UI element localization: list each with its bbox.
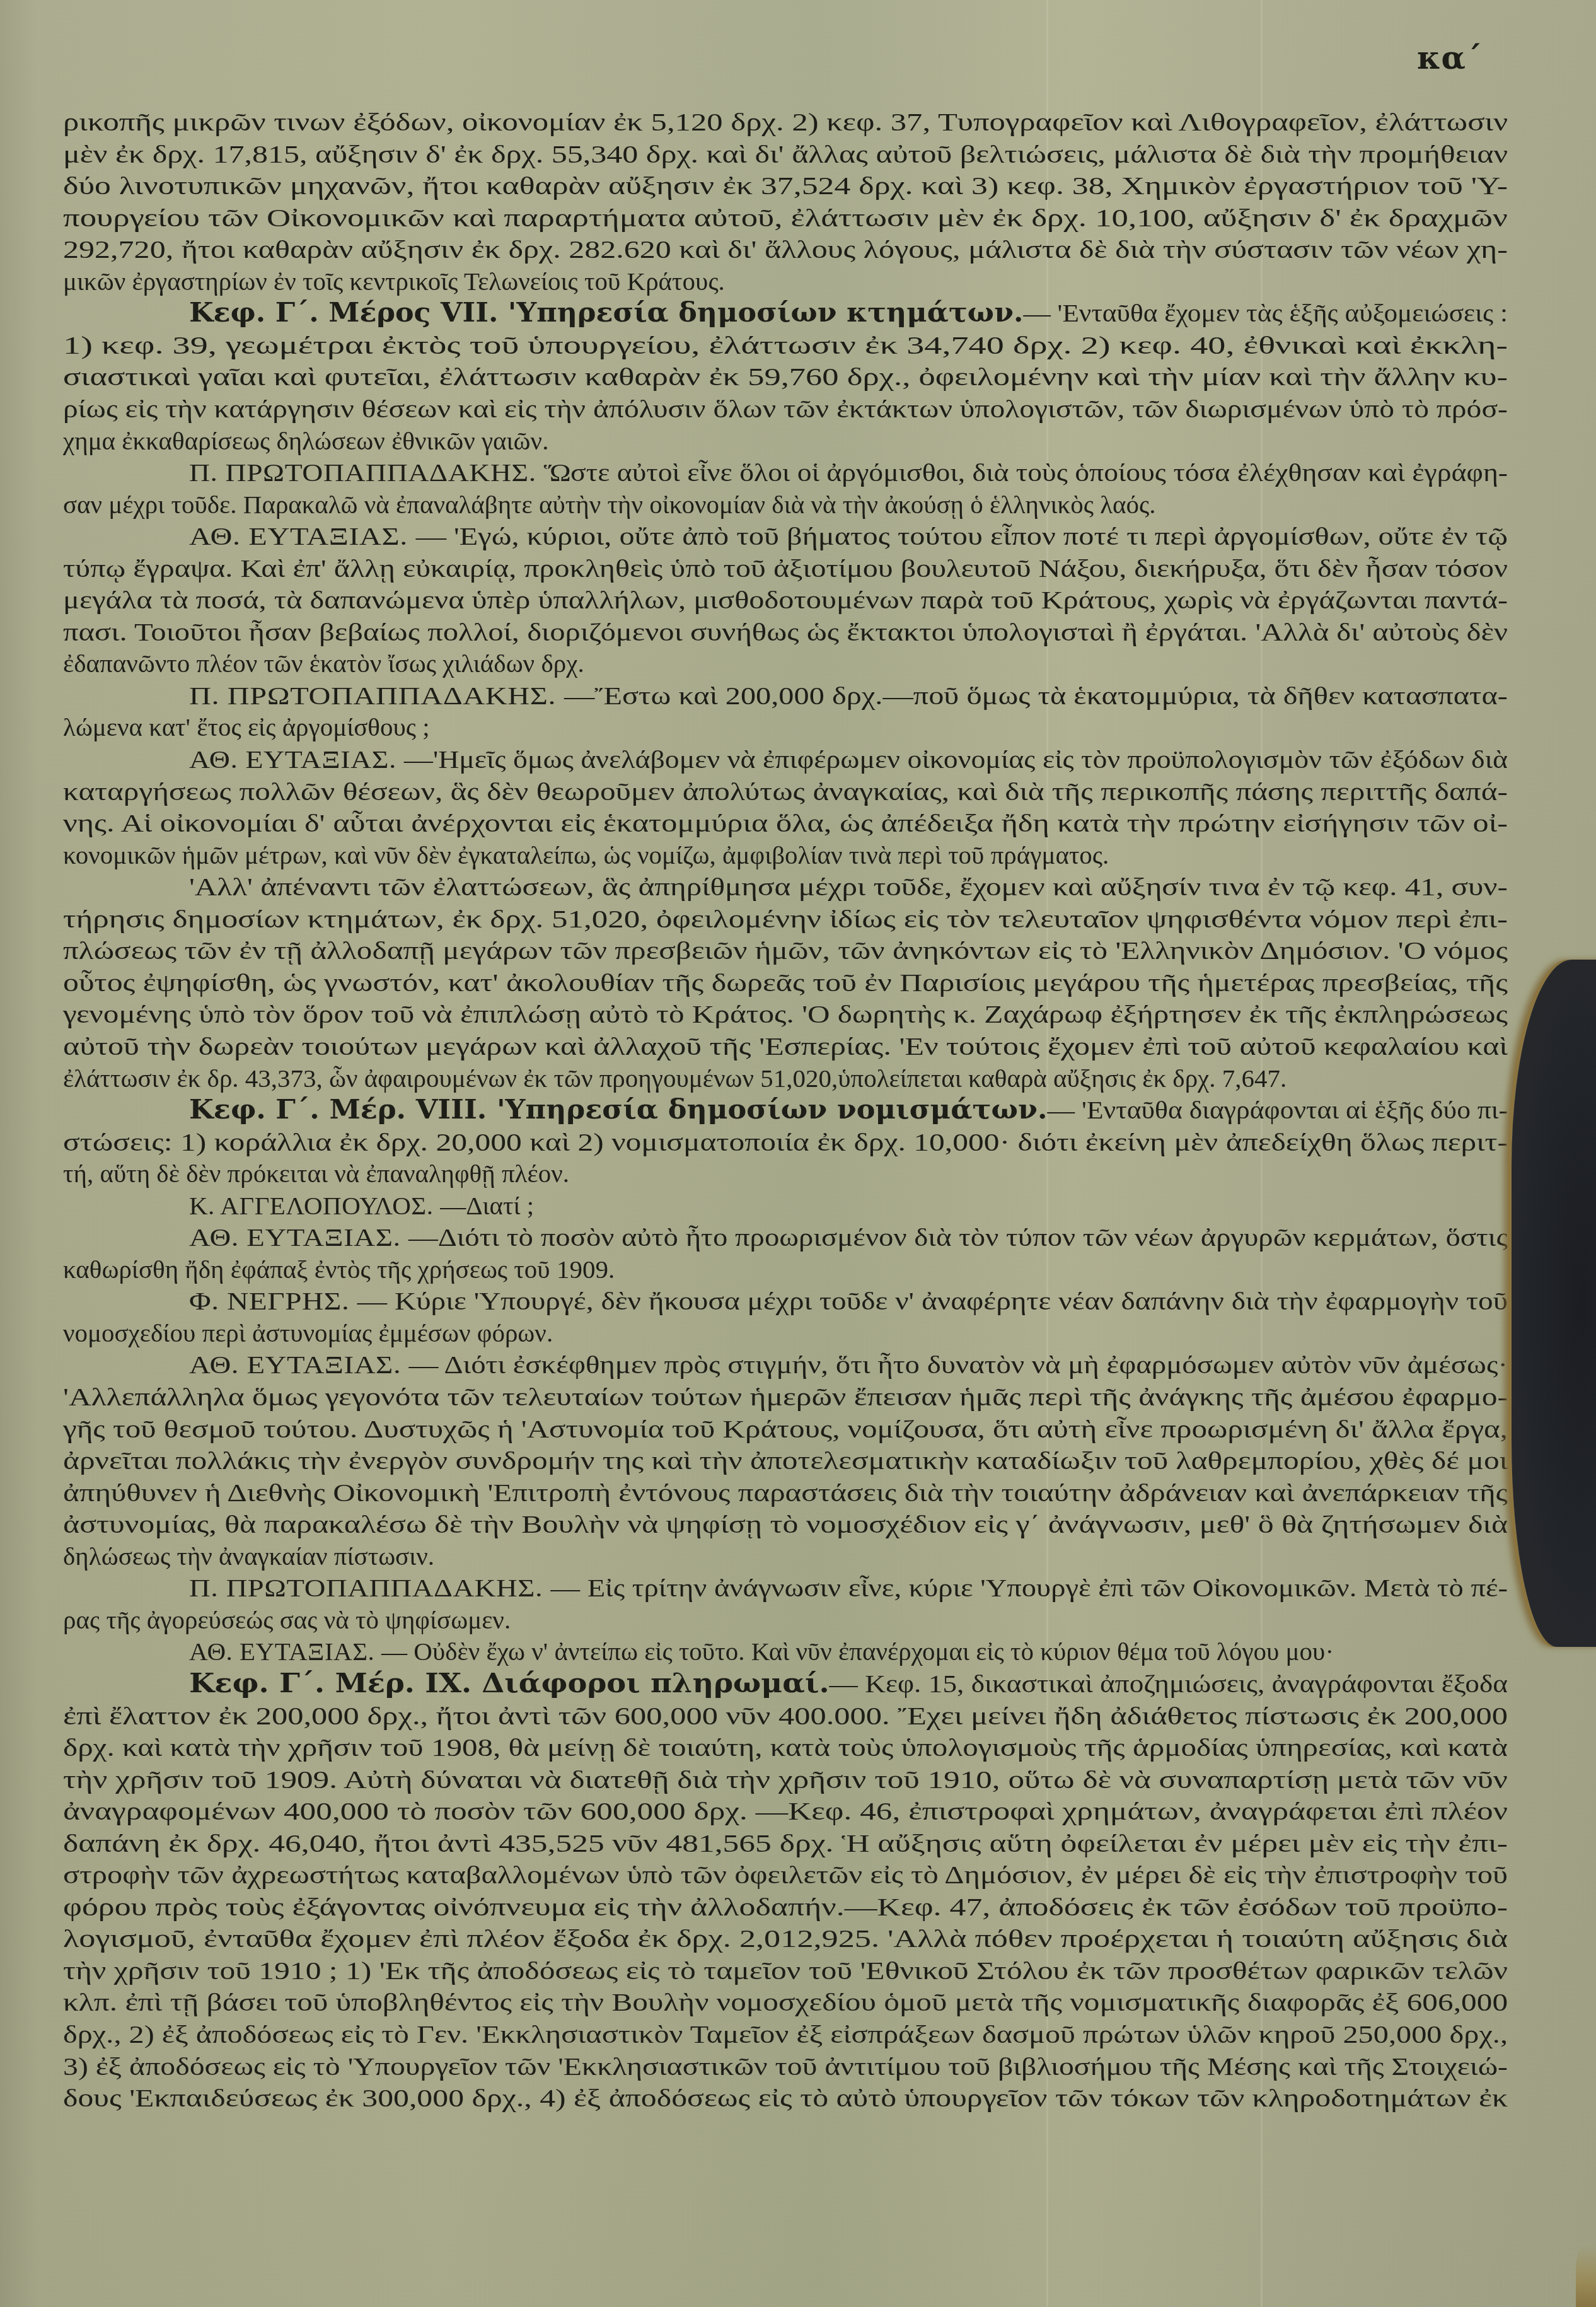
line-text: κονομικῶν ἡμῶν μέτρων, καὶ νῦν δὲν ἐγκατ… (63, 840, 1109, 869)
speaker-name: Π. ΠΡΩΤΟΠΑΠΠΑΔΑΚΗΣ. (189, 458, 544, 487)
line-text: δηλώσεως τὴν ἀναγκαίαν πίστωσιν. (63, 1542, 434, 1571)
speaker-line: ΑΘ. ΕΥΤΑΞΙΑΣ. —'Ημεῖς ὅμως ἀνελάβομεν νὰ… (189, 743, 1508, 775)
line-text: —Ἔστω καὶ 200,000 δρχ.—ποῦ ὅμως τὰ ἑκατο… (564, 681, 1508, 710)
line-text: δαπάνη ἐκ δρχ. 46,040, ἤτοι ἀντὶ 435,525… (63, 1828, 1508, 1857)
text-line: νης. Αἱ οἰκονομίαι δ' αὗται ἀνέρχονται ε… (63, 807, 1508, 839)
speaker-line: ΑΘ. ΕΥΤΑΞΙΑΣ. — Οὐδὲν ἔχω ν' ἀντείπω εἰς… (189, 1636, 1334, 1667)
line-text: στροφὴν τῶν ἀχρεωστήτως καταβαλλομένων ὑ… (63, 1860, 1508, 1889)
line-text: σιαστικαὶ γαῖαι καὶ φυτεῖαι, ἐλάττωσιν κ… (63, 362, 1508, 391)
line-text: τή, αὕτη δὲ δὲν πρόκειται νὰ ἐπαναληφθῇ … (63, 1159, 569, 1188)
speaker-line: Φ. ΝΕΓΡΗΣ. — Κύριε 'Υπουργέ, δὲν ἤκουσα … (189, 1285, 1508, 1316)
line-text: χημα ἐκκαθαρίσεως δηλώσεων ἐθνικῶν γαιῶν… (63, 426, 548, 455)
line-text: νης. Αἱ οἰκονομίαι δ' αὗται ἀνέρχονται ε… (63, 808, 1508, 837)
text-line: δύο λινοτυπικῶν μηχανῶν, ἤτοι καθαρὰν αὔ… (63, 170, 1508, 201)
speaker-name: ΑΘ. ΕΥΤΑΞΙΑΣ. (189, 1223, 408, 1252)
line-text: λογισμοῦ, ἐνταῦθα ἔχομεν ἐπὶ πλέον ἔξοδα… (63, 1924, 1508, 1953)
speaker-line: ΑΘ. ΕΥΤΑΞΙΑΣ. — 'Εγώ, κύριοι, οὔτε ἀπὸ τ… (189, 520, 1508, 552)
line-text: νομοσχεδίου περὶ ἀστυνομίας ἐμμέσων φόρω… (63, 1318, 553, 1347)
line-text: —'Ημεῖς ὅμως ἀνελάβομεν νὰ ἐπιφέρωμεν οἰ… (404, 745, 1508, 774)
line-text: ἀπηύθυνεν ἡ Διεθνὴς Οἰκονομικὴ 'Επιτροπὴ… (63, 1478, 1508, 1507)
line-text: δρχ., 2) ἐξ ἀποδόσεως εἰς τὸ Γεν. 'Εκκλη… (63, 2019, 1508, 2048)
text-line: δηλώσεως τὴν ἀναγκαίαν πίστωσιν. (63, 1540, 434, 1572)
line-text: καταργήσεως πολλῶν θέσεων, ἃς δὲν θεωροῦ… (63, 777, 1508, 806)
line-text: ἀναγραφομένων 400,000 τὸ ποσὸν τῶν 600,0… (63, 1796, 1508, 1825)
line-text: ἐδαπανῶντο πλέον τῶν ἑκατὸν ἴσως χιλιάδω… (63, 649, 584, 678)
line-text: 1) κεφ. 39, γεωμέτραι ἐκτὸς τοῦ ὑπουργεί… (63, 330, 1508, 359)
line-text: δους 'Εκπαιδεύσεως ἐκ 300,000 δρχ., 4) ἐ… (63, 2083, 1508, 2112)
text-line: τὴν χρῆσιν τοῦ 1910 ; 1) 'Εκ τῆς ἀποδόσε… (63, 1955, 1508, 1986)
text-line: ἐλάττωσιν ἐκ δρ. 43,373, ὧν ἀφαιρουμένων… (63, 1062, 1287, 1094)
line-text: — 'Εγώ, κύριοι, οὔτε ἀπὸ τοῦ βήματος τού… (416, 521, 1508, 550)
line-text: γῆς τοῦ θεσμοῦ τούτου. Δυστυχῶς ἡ 'Αστυν… (63, 1414, 1508, 1443)
line-text: πασι. Τοιοῦτοι ἦσαν βεβαίως πολλοί, διορ… (63, 617, 1508, 646)
text-line: τή, αὕτη δὲ δὲν πρόκειται νὰ ἐπαναληφθῇ … (63, 1158, 569, 1189)
text-line: 'Αλλ' ἀπέναντι τῶν ἐλαττώσεων, ἃς ἀπηρίθ… (189, 871, 1508, 902)
text-line: 292,720, ἤτοι καθαρὰν αὔξησιν ἐκ δρχ. 28… (63, 233, 1508, 265)
text-line: φόρου πρὸς τοὺς ἐξάγοντας οἰνόπνευμα εἰς… (63, 1891, 1508, 1922)
section-heading-line: Κεφ. Γ΄. Μέρος VII. 'Υπηρεσία δημοσίων κ… (189, 297, 1508, 328)
speaker-line: ΑΘ. ΕΥΤΑΞΙΑΣ. —Διότι τὸ ποσὸν αὐτὸ ἦτο π… (189, 1221, 1508, 1253)
text-line: 3) ἐξ ἀποδόσεως εἰς τὸ 'Υπουργεῖον τῶν '… (63, 2050, 1508, 2082)
text-line: κονομικῶν ἡμῶν μέτρων, καὶ νῦν δὲν ἐγκατ… (63, 839, 1109, 871)
text-line: κλπ. ἐπὶ τῇ βάσει τοῦ ὑποβληθέντος εἰς τ… (63, 1986, 1508, 2018)
line-text: Ὥστε αὐτοὶ εἶνε ὅλοι οἱ ἀργόμισθοι, διὰ … (544, 458, 1508, 487)
text-line: ρικοπῆς μικρῶν τινων ἐξόδων, οἰκονομίαν … (63, 106, 1508, 137)
line-text: ρας τῆς ἀγορεύσεώς σας νὰ τὸ ψηφίσωμεν. (63, 1605, 511, 1634)
text-line: ἀρνεῖται πολλάκις τὴν ἐνεργὸν συνδρομήν … (63, 1444, 1508, 1476)
line-text: σαν μέχρι τοῦδε. Παρακαλῶ νὰ ἐπαναλάβητε… (63, 490, 1156, 519)
line-text: φόρου πρὸς τοὺς ἐξάγοντας οἰνόπνευμα εἰς… (63, 1892, 1508, 1921)
text-line: πασι. Τοιοῦτοι ἦσαν βεβαίως πολλοί, διορ… (63, 616, 1508, 648)
speaker-line: ΑΘ. ΕΥΤΑΞΙΑΣ. — Διότι ἐσκέφθημεν πρὸς στ… (189, 1349, 1508, 1380)
speaker-name: ΑΘ. ΕΥΤΑΞΙΑΣ. (189, 745, 404, 774)
text-line: ἐπὶ ἔλαττον ἐκ 200,000 δρχ., ἤτοι ἀντὶ τ… (63, 1700, 1508, 1731)
line-text: μικῶν ἐργαστηρίων ἐν τοῖς κεντρικοῖς Τελ… (63, 267, 725, 296)
line-text: τὴν χρῆσιν τοῦ 1910 ; 1) 'Εκ τῆς ἀποδόσε… (63, 1956, 1508, 1985)
line-text: 'Αλλεπάλληλα ὅμως γεγονότα τῶν τελευταίω… (63, 1382, 1508, 1411)
section-heading-line: Κεφ. Γ΄. Μέρ. VIII. 'Υπηρεσία δημοσίων ν… (189, 1094, 1508, 1125)
text-line: πλώσεως τῶν ἐν τῇ ἀλλοδαπῇ μεγάρων τῶν π… (63, 934, 1508, 966)
text-line: μικῶν ἐργαστηρίων ἐν τοῖς κεντρικοῖς Τελ… (63, 265, 725, 297)
text-line: στροφὴν τῶν ἀχρεωστήτως καταβαλλομένων ὑ… (63, 1859, 1508, 1890)
line-text: — Κεφ. 15, δικαστικαὶ ἀποζημιώσεις, ἀναγ… (830, 1669, 1508, 1698)
text-line: τήρησις δημοσίων κτημάτων, ἐκ δρχ. 51,02… (63, 903, 1508, 934)
speaker-name: Φ. ΝΕΓΡΗΣ. (189, 1286, 357, 1315)
line-text: — 'Ενταῦθα ἔχομεν τὰς ἑξῆς αὐξομειώσεις … (1023, 298, 1508, 327)
line-text: καθωρίσθη ἤδη ἐφάπαξ ἐντὸς τῆς χρήσεως τ… (63, 1255, 615, 1284)
text-line: σιαστικαὶ γαῖαι καὶ φυτεῖαι, ἐλάττωσιν κ… (63, 361, 1508, 392)
line-text: ἐλάττωσιν ἐκ δρ. 43,373, ὧν ἀφαιρουμένων… (63, 1064, 1287, 1093)
line-text: οὗτος ἐψηφίσθη, ὡς γνωστόν, κατ' ἀκολουθ… (63, 968, 1508, 997)
speaker-name: Κ. ΑΓΓΕΛΟΠΟΥΛΟΣ. (189, 1191, 440, 1220)
speaker-name: Π. ΠΡΩΤΟΠΑΠΠΑΔΑΚΗΣ. (189, 1573, 550, 1602)
section-heading: Κεφ. Γ΄. Μέρ. IX. Διάφοροι πληρωμαί. (189, 1668, 830, 1699)
paper-stain (1576, 2245, 1596, 2307)
speaker-name: ΑΘ. ΕΥΤΑΞΙΑΣ. (189, 521, 416, 550)
line-text: — 'Ενταῦθα διαγράφονται αἱ ἑξῆς δύο πι- (1048, 1095, 1508, 1124)
line-text: —Διατί ; (440, 1191, 534, 1220)
line-text: ρίως εἰς τὴν κατάργησιν θέσεων καὶ εἰς τ… (63, 394, 1508, 423)
text-line: ἀστυνομίας, θὰ παρακαλέσω δὲ τὴν Βουλὴν … (63, 1508, 1508, 1540)
line-text: αὐτοῦ τὴν δωρεὰν τοιούτων μεγάρων καὶ ἀλ… (63, 1031, 1508, 1061)
speaker-line: Κ. ΑΓΓΕΛΟΠΟΥΛΟΣ. —Διατί ; (189, 1190, 534, 1221)
text-line: οὗτος ἐψηφίσθη, ὡς γνωστόν, κατ' ἀκολουθ… (63, 967, 1508, 998)
line-text: πλώσεως τῶν ἐν τῇ ἀλλοδαπῇ μεγάρων τῶν π… (63, 936, 1508, 965)
text-line: μεγάλα τὰ ποσά, τὰ δαπανώμενα ὑπὲρ ὑπαλλ… (63, 584, 1508, 615)
text-line: καθωρίσθη ἤδη ἐφάπαξ ἐντὸς τῆς χρήσεως τ… (63, 1253, 615, 1285)
text-line: 'Αλλεπάλληλα ὅμως γεγονότα τῶν τελευταίω… (63, 1381, 1508, 1412)
text-line: ἐδαπανῶντο πλέον τῶν ἑκατὸν ἴσως χιλιάδω… (63, 648, 584, 679)
line-text: κλπ. ἐπὶ τῇ βάσει τοῦ ὑποβληθέντος εἰς τ… (63, 1987, 1508, 2016)
speaker-line: Π. ΠΡΩΤΟΠΑΠΠΑΔΑΚΗΣ. — Εἰς τρίτην ἀνάγνωσ… (189, 1572, 1508, 1603)
speaker-line: Π. ΠΡΩΤΟΠΑΠΠΑΔΑΚΗΣ. —Ἔστω καὶ 200,000 δρ… (189, 680, 1508, 711)
line-text: ἀστυνομίας, θὰ παρακαλέσω δὲ τὴν Βουλὴν … (63, 1509, 1508, 1538)
text-line: δους 'Εκπαιδεύσεως ἐκ 300,000 δρχ., 4) ἐ… (63, 2082, 1508, 2113)
text-line: λογισμοῦ, ἐνταῦθα ἔχομεν ἐπὶ πλέον ἔξοδα… (63, 1922, 1508, 1954)
line-text: —Διότι τὸ ποσὸν αὐτὸ ἦτο προωρισμένον δι… (408, 1223, 1508, 1252)
line-text: ἐπὶ ἔλαττον ἐκ 200,000 δρχ., ἤτοι ἀντὶ τ… (63, 1701, 1508, 1730)
line-text: ρικοπῆς μικρῶν τινων ἐξόδων, οἰκονομίαν … (63, 107, 1508, 136)
line-text: — Οὐδὲν ἔχω ν' ἀντείπω εἰς τοῦτο. Καὶ νῦ… (381, 1637, 1334, 1666)
line-text: τήρησις δημοσίων κτημάτων, ἐκ δρχ. 51,02… (63, 904, 1508, 933)
text-line: νομοσχεδίου περὶ ἀστυνομίας ἐμμέσων φόρω… (63, 1317, 553, 1349)
section-heading-line: Κεφ. Γ΄. Μέρ. IX. Διάφοροι πληρωμαί.— Κε… (189, 1668, 1508, 1699)
speaker-name: Π. ΠΡΩΤΟΠΑΠΠΑΔΑΚΗΣ. (189, 681, 564, 710)
text-line: δαπάνη ἐκ δρχ. 46,040, ἤτοι ἀντὶ 435,525… (63, 1827, 1508, 1859)
burn-hole-damage (1512, 960, 1596, 1647)
text-line: ρίως εἰς τὴν κατάργησιν θέσεων καὶ εἰς τ… (63, 393, 1508, 424)
line-text: λώμενα κατ' ἔτος εἰς ἀργομίσθους ; (63, 712, 430, 741)
text-line: γενομένης ὑπὸ τὸν ὅρον τοῦ νὰ ἐπιπλώσῃ α… (63, 998, 1508, 1030)
line-text: μεγάλα τὰ ποσά, τὰ δαπανώμενα ὑπὲρ ὑπαλλ… (63, 585, 1508, 614)
text-line: ἀπηύθυνεν ἡ Διεθνὴς Οἰκονομικὴ 'Επιτροπὴ… (63, 1477, 1508, 1508)
text-line: πουργείου τῶν Οἰκονομικῶν καὶ παραρτήματ… (63, 202, 1508, 233)
line-text: 'Αλλ' ἀπέναντι τῶν ἐλαττώσεων, ἃς ἀπηρίθ… (189, 872, 1508, 901)
line-text: μὲν ἐκ δρχ. 17,815, αὔξησιν δ' ἐκ δρχ. 5… (63, 139, 1508, 168)
line-text: ἀρνεῖται πολλάκις τὴν ἐνεργὸν συνδρομήν … (63, 1446, 1508, 1475)
line-text: — Διότι ἐσκέφθημεν πρὸς στιγμήν, ὅτι ἦτο… (408, 1350, 1508, 1379)
section-heading: Κεφ. Γ΄. Μέρος VII. 'Υπηρεσία δημοσίων κ… (189, 297, 1023, 328)
line-text: 3) ἐξ ἀποδόσεως εἰς τὸ 'Υπουργεῖον τῶν '… (63, 2052, 1508, 2081)
page-number: κα΄ (1417, 39, 1483, 76)
text-line: 1) κεφ. 39, γεωμέτραι ἐκτὸς τοῦ ὑπουργεί… (63, 329, 1508, 361)
line-text: 292,720, ἤτοι καθαρὰν αὔξησιν ἐκ δρχ. 28… (63, 235, 1508, 264)
speaker-line: Π. ΠΡΩΤΟΠΑΠΠΑΔΑΚΗΣ. Ὥστε αὐτοὶ εἶνε ὅλοι… (189, 456, 1508, 488)
line-text: τύπῳ ἔγραψα. Καὶ ἐπ' ἄλλῃ εὐκαιρίᾳ, προκ… (63, 554, 1508, 583)
text-line: τὴν χρῆσιν τοῦ 1909. Αὐτὴ δύναται νὰ δια… (63, 1764, 1508, 1795)
line-text: γενομένης ὑπὸ τὸν ὅρον τοῦ νὰ ἐπιπλώσῃ α… (63, 999, 1508, 1028)
line-text: δύο λινοτυπικῶν μηχανῶν, ἤτοι καθαρὰν αὔ… (63, 171, 1508, 200)
line-text: στώσεις: 1) κοράλλια ἐκ δρχ. 20,000 καὶ … (63, 1127, 1508, 1156)
text-line: χημα ἐκκαθαρίσεως δηλώσεων ἐθνικῶν γαιῶν… (63, 425, 548, 456)
text-line: δρχ., 2) ἐξ ἀποδόσεως εἰς τὸ Γεν. 'Εκκλη… (63, 2018, 1508, 2050)
speaker-name: ΑΘ. ΕΥΤΑΞΙΑΣ. (189, 1350, 408, 1379)
text-line: στώσεις: 1) κοράλλια ἐκ δρχ. 20,000 καὶ … (63, 1126, 1508, 1158)
text-line: σαν μέχρι τοῦδε. Παρακαλῶ νὰ ἐπαναλάβητε… (63, 489, 1156, 520)
line-text: τὴν χρῆσιν τοῦ 1909. Αὐτὴ δύναται νὰ δια… (63, 1765, 1508, 1794)
text-line: δρχ. καὶ κατὰ τὴν χρῆσιν τοῦ 1908, θὰ με… (63, 1731, 1508, 1763)
speaker-name: ΑΘ. ΕΥΤΑΞΙΑΣ. (189, 1637, 381, 1666)
line-text: πουργείου τῶν Οἰκονομικῶν καὶ παραρτήματ… (63, 203, 1508, 232)
text-line: μὲν ἐκ δρχ. 17,815, αὔξησιν δ' ἐκ δρχ. 5… (63, 138, 1508, 170)
text-line: τύπῳ ἔγραψα. Καὶ ἐπ' ἄλλῃ εὐκαιρίᾳ, προκ… (63, 552, 1508, 584)
text-line: γῆς τοῦ θεσμοῦ τούτου. Δυστυχῶς ἡ 'Αστυν… (63, 1413, 1508, 1444)
text-line: ρας τῆς ἀγορεύσεώς σας νὰ τὸ ψηφίσωμεν. (63, 1604, 511, 1636)
line-text: δρχ. καὶ κατὰ τὴν χρῆσιν τοῦ 1908, θὰ με… (63, 1733, 1508, 1762)
text-line: ἀναγραφομένων 400,000 τὸ ποσὸν τῶν 600,0… (63, 1795, 1508, 1827)
text-line: καταργήσεως πολλῶν θέσεων, ἃς δὲν θεωροῦ… (63, 776, 1508, 807)
text-line: αὐτοῦ τὴν δωρεὰν τοιούτων μεγάρων καὶ ἀλ… (63, 1030, 1508, 1062)
section-heading: Κεφ. Γ΄. Μέρ. VIII. 'Υπηρεσία δημοσίων ν… (189, 1094, 1048, 1125)
text-line: λώμενα κατ' ἔτος εἰς ἀργομίσθους ; (63, 711, 430, 743)
line-text: — Εἰς τρίτην ἀνάγνωσιν εἶνε, κύριε 'Υπου… (550, 1573, 1508, 1602)
line-text: — Κύριε 'Υπουργέ, δὲν ἤκουσα μέχρι τοῦδε… (357, 1286, 1508, 1315)
